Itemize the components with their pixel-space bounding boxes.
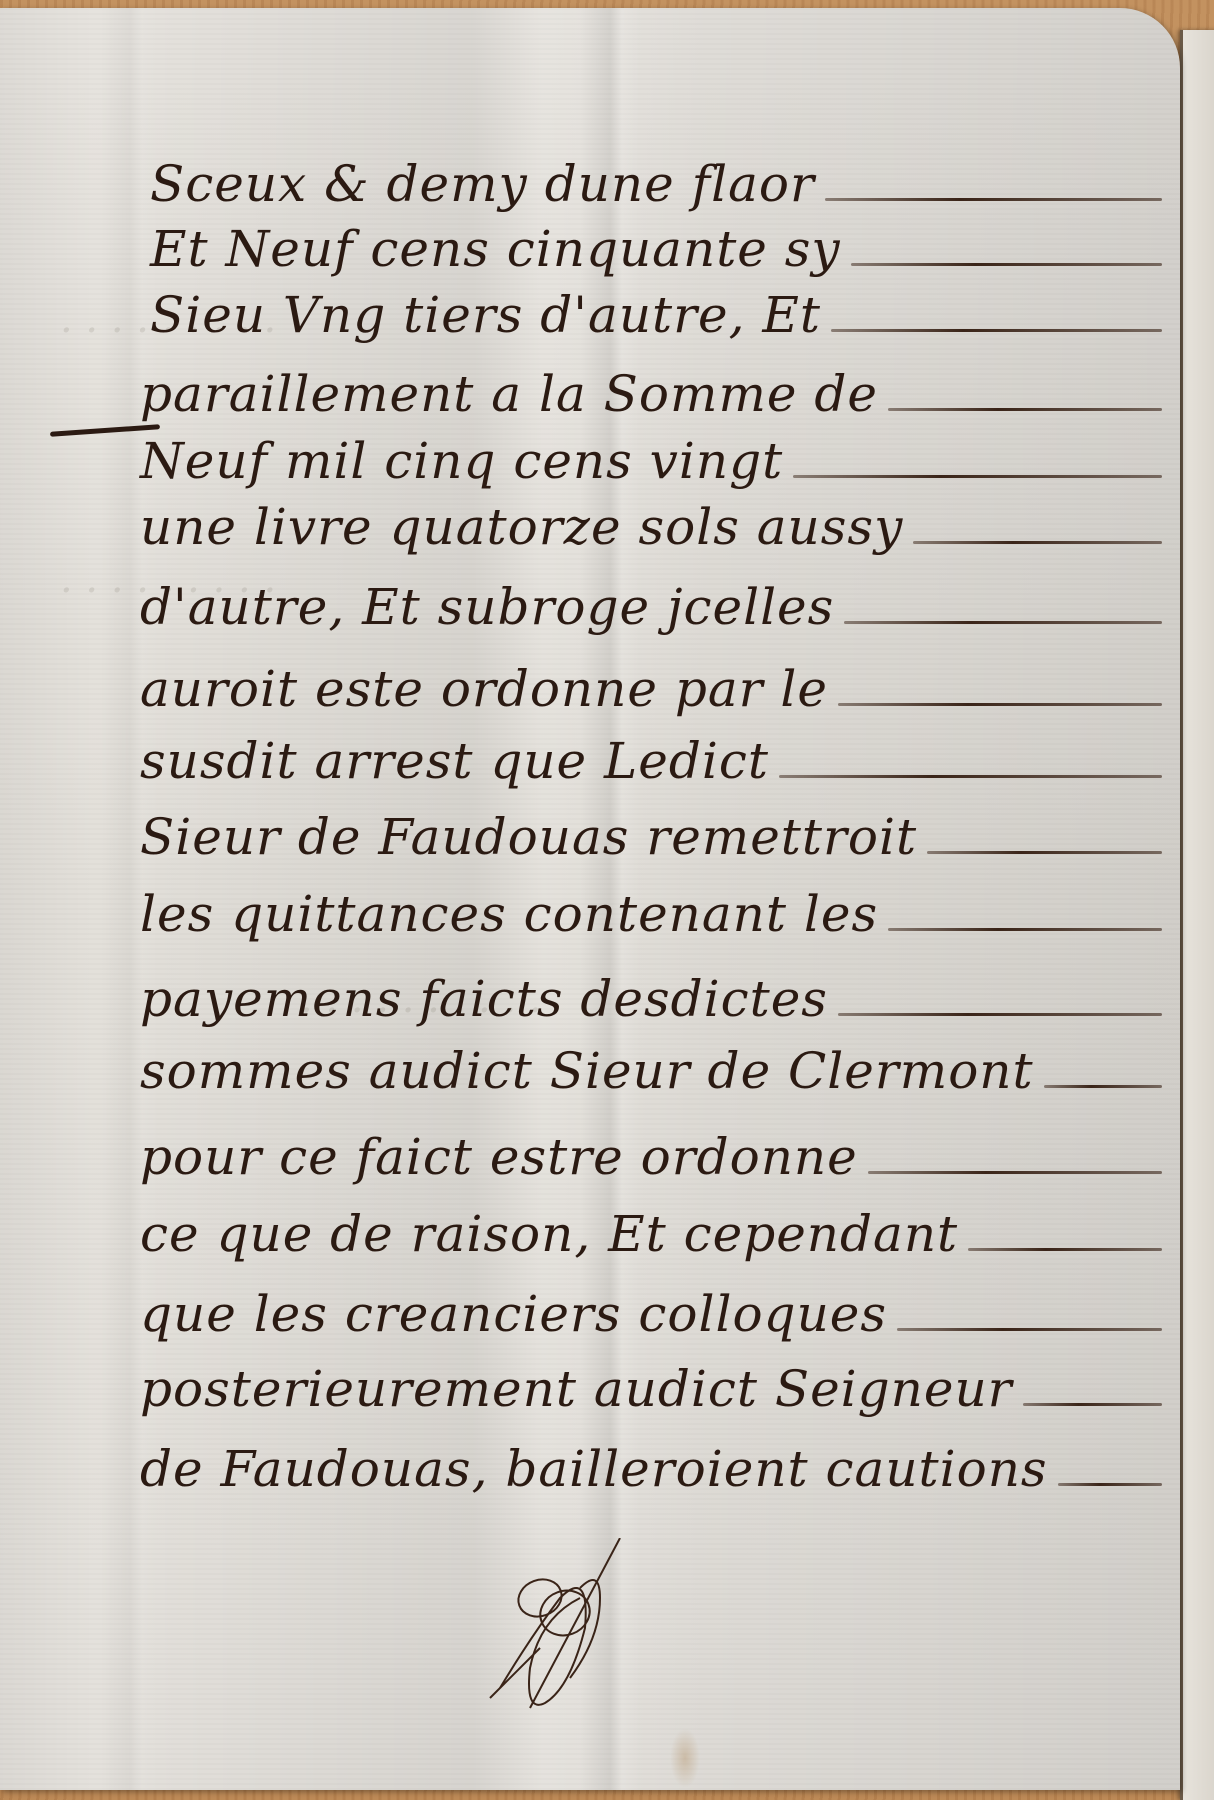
manuscript-line: payemens faicts desdictes [0, 958, 1180, 1038]
manuscript-line: une livre quatorze sols aussy [0, 486, 1180, 566]
manuscript-line: Sieu Vng tiers d'autre, Et [0, 274, 1180, 354]
manuscript-line-text: Sceux & demy dune flaor [150, 159, 815, 209]
manuscript-line: Sieur de Faudouas remettroit [0, 796, 1180, 876]
manuscript-line-text: payemens faicts desdictes [140, 974, 828, 1024]
manuscript-page: · · · · · · · · · · · · · · · · · · · · … [0, 8, 1180, 1790]
manuscript-line-text: les quittances contenant les [140, 889, 878, 939]
manuscript-line-text: susdit arrest que Ledict [140, 736, 769, 786]
manuscript-line-text: que les creanciers colloques [140, 1289, 887, 1339]
line-filler-stroke [897, 1328, 1162, 1331]
manuscript-line-text: Et Neuf cens cinquante sy [150, 224, 841, 274]
manuscript-line: auroit este ordonne par le [0, 648, 1180, 728]
manuscript-line: pour ce faict estre ordonne [0, 1116, 1180, 1196]
line-filler-stroke [913, 541, 1162, 544]
manuscript-line: que les creanciers colloques [0, 1273, 1180, 1353]
manuscript-line-text: auroit este ordonne par le [140, 664, 828, 714]
line-filler-stroke [1023, 1403, 1162, 1406]
manuscript-line-text: Neuf mil cinq cens vingt [140, 436, 783, 486]
line-filler-stroke [927, 851, 1162, 854]
manuscript-line-text: une livre quatorze sols aussy [140, 502, 903, 552]
signature-paraph-icon [470, 1538, 640, 1718]
line-filler-stroke [968, 1248, 1162, 1251]
line-filler-stroke [779, 775, 1162, 778]
manuscript-line-text: Sieur de Faudouas remettroit [140, 812, 917, 862]
line-filler-stroke [851, 263, 1162, 266]
manuscript-line-text: paraillement a la Somme de [140, 369, 878, 419]
manuscript-line-text: ce que de raison, Et cependant [140, 1209, 958, 1259]
line-filler-stroke [1058, 1483, 1162, 1486]
manuscript-line: les quittances contenant les [0, 873, 1180, 953]
line-filler-stroke [838, 703, 1162, 706]
manuscript-line-text: d'autre, Et subroge jcelles [140, 582, 834, 632]
manuscript-line: d'autre, Et subroge jcelles [0, 566, 1180, 646]
manuscript-line: susdit arrest que Ledict [0, 720, 1180, 800]
manuscript-line: sommes audict Sieur de Clermont [0, 1030, 1180, 1110]
manuscript-line-text: sommes audict Sieur de Clermont [140, 1046, 1034, 1096]
manuscript-line-text: de Faudouas, bailleroient cautions [140, 1444, 1048, 1494]
line-filler-stroke [1044, 1085, 1162, 1088]
manuscript-line-text: pour ce faict estre ordonne [140, 1132, 858, 1182]
line-filler-stroke [868, 1171, 1162, 1174]
line-filler-stroke [838, 1013, 1162, 1016]
line-filler-stroke [825, 198, 1162, 201]
paper-stain [670, 1728, 700, 1788]
adjacent-page-edge [1180, 30, 1214, 1800]
manuscript-line-text: Sieu Vng tiers d'autre, Et [150, 290, 821, 340]
line-filler-stroke [888, 408, 1162, 411]
line-filler-stroke [793, 475, 1162, 478]
line-filler-stroke [844, 621, 1162, 624]
manuscript-line-text: posterieurement audict Seigneur [140, 1364, 1013, 1414]
manuscript-line: de Faudouas, bailleroient cautions [0, 1428, 1180, 1508]
manuscript-line: posterieurement audict Seigneur [0, 1348, 1180, 1428]
line-filler-stroke [831, 329, 1162, 332]
manuscript-line: ce que de raison, Et cependant [0, 1193, 1180, 1273]
line-filler-stroke [888, 928, 1162, 931]
